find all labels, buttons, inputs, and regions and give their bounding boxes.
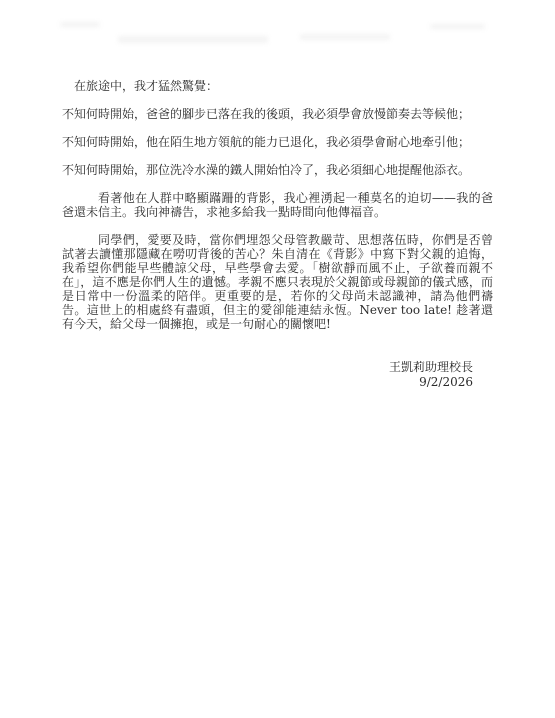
letter-body: 在旅途中，我才猛然驚覺： 不知何時開始，爸爸的腳步已落在我的後頭，我必須學會放慢… — [62, 79, 493, 390]
signature-date: 9/2/2026 — [62, 375, 473, 390]
scan-ghosting-artifact — [300, 34, 390, 40]
signature-block: 王凱莉助理校長 9/2/2026 — [62, 360, 493, 390]
signature-name: 王凱莉助理校長 — [62, 360, 473, 375]
paragraph-reflection: 看著他在人群中略顯蹣跚的背影，我心裡湧起一種莫名的迫切——我的爸爸還未信主。我向… — [62, 191, 493, 219]
scan-ghosting-artifact — [118, 36, 268, 43]
paragraph-opening: 在旅途中，我才猛然驚覺： — [62, 79, 493, 93]
document-page: 在旅途中，我才猛然驚覺： 不知何時開始，爸爸的腳步已落在我的後頭，我必須學會放慢… — [0, 0, 555, 718]
paragraph-realization-2: 不知何時開始，他在陌生地方領航的能力已退化，我必須學會耐心地牽引他； — [62, 135, 493, 149]
paragraph-exhortation: 同學們，愛要及時，當你們埋怨父母管教嚴苛、思想落伍時，你們是否曾試著去讀懂那隱藏… — [62, 233, 493, 331]
scan-ghosting-artifact — [60, 22, 100, 27]
paragraph-realization-3: 不知何時開始，那位洗冷水澡的鐵人開始怕冷了，我必須細心地提醒他添衣。 — [62, 163, 493, 177]
paragraph-realization-1: 不知何時開始，爸爸的腳步已落在我的後頭，我必須學會放慢節奏去等候他； — [62, 107, 493, 121]
scan-ghosting-artifact — [430, 24, 485, 29]
